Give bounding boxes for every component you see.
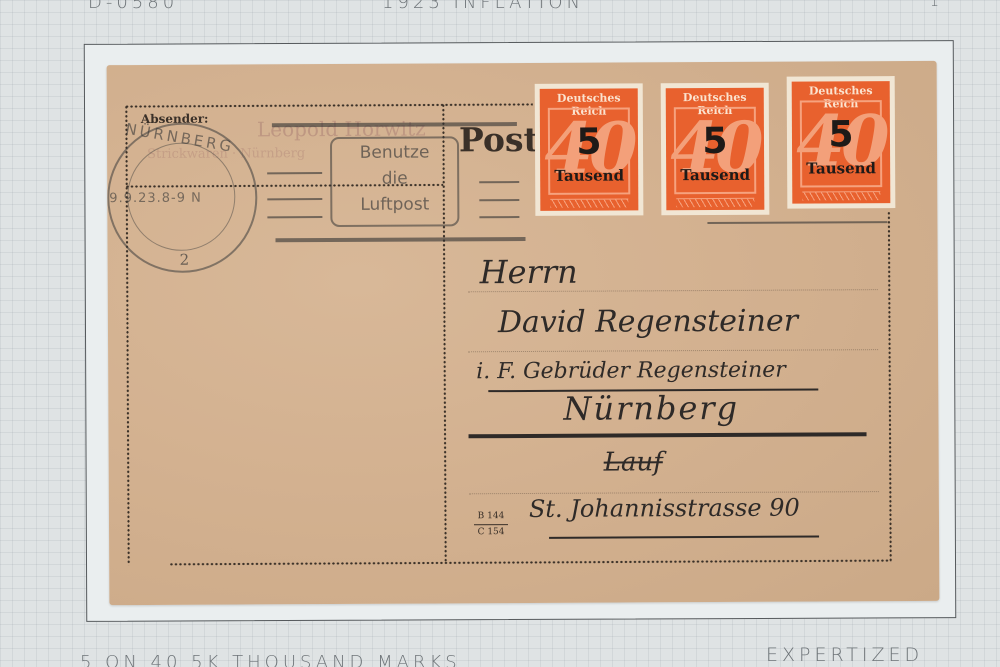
address-street: St. Johannisstrasse 90 <box>529 494 800 523</box>
address-name: David Regensteiner <box>498 304 798 341</box>
slogan-cancel: Benutze die Luftpost <box>330 136 459 227</box>
cancel-bar <box>267 216 322 218</box>
overprint-word: Tausend <box>666 166 764 185</box>
address-city: Nürnberg <box>563 389 739 428</box>
album-note-description: 5 ON 40 5K THOUSAND MARKS <box>80 652 461 667</box>
postmark-date: 9.9.23.8-9 N <box>109 191 202 206</box>
printer-order-code: B 144 C 154 <box>474 510 508 539</box>
stamp-2: Deutsches Reich 40 5 Tausend <box>661 83 770 216</box>
frame-dots-bottom <box>169 559 891 566</box>
cancel-bar <box>267 172 322 174</box>
postmark-office: 2 <box>180 251 190 269</box>
slogan-line-2: die <box>332 168 457 189</box>
frame-dots-right <box>887 211 892 561</box>
album-page-mark: 1 <box>930 0 943 10</box>
album-note-catalog: D-0580 <box>88 0 178 13</box>
order-code-bottom: C 154 <box>474 526 508 539</box>
album-page-title: 1923 INFLATION <box>382 0 584 13</box>
slogan-line-3: Luftpost <box>332 194 457 215</box>
cancel-bar <box>479 199 519 201</box>
address-company: i. F. Gebrüder Regensteiner <box>476 358 786 385</box>
street-underline <box>549 535 819 538</box>
cancel-bar <box>276 237 526 242</box>
stamp-3: Deutsches Reich 40 5 Tausend <box>787 76 896 209</box>
cancel-bar <box>267 198 322 200</box>
slogan-line-1: Benutze <box>332 142 457 163</box>
frame-dots-top <box>125 103 533 108</box>
stamp-1: Deutsches Reich 40 5 Tausend <box>535 83 644 216</box>
overprint-number: 5 <box>666 121 764 163</box>
address-salutation: Herrn <box>480 253 578 292</box>
album-note-expertized: EXPERTIZED <box>766 644 923 666</box>
address-guide-line <box>468 349 878 353</box>
address-heavy-line <box>469 432 867 438</box>
cancel-bar <box>479 181 519 183</box>
overprint-word: Tausend <box>792 159 890 178</box>
address-struck-out: Lauf <box>604 447 663 477</box>
overprint-number: 5 <box>792 114 890 156</box>
postcard: Absender: Leopold Horwitz Strickwaren · … <box>107 61 940 605</box>
cancel-bar <box>479 216 519 218</box>
overprint-number: 5 <box>540 121 638 163</box>
order-code-top: B 144 <box>474 510 508 523</box>
cancel-bar <box>707 221 887 224</box>
overprint-word: Tausend <box>540 166 638 185</box>
